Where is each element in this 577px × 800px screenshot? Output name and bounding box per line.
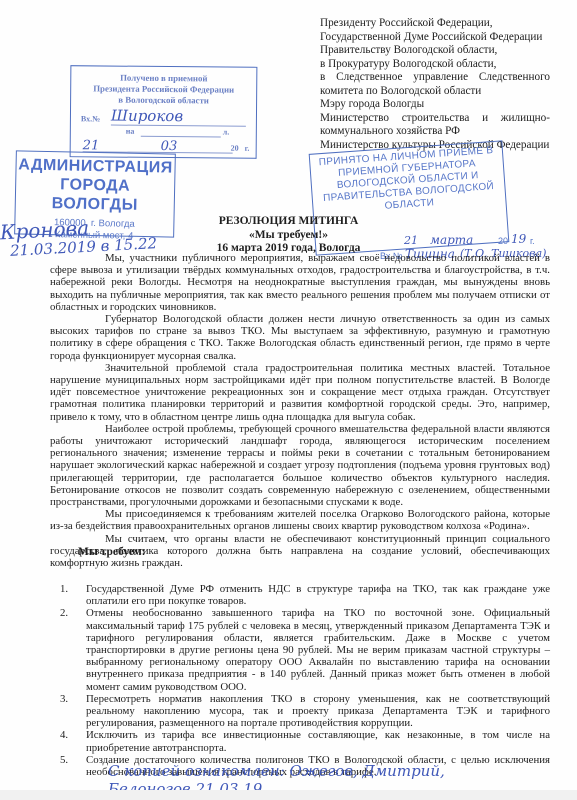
stamp-line: Президента Российской Федерации bbox=[71, 83, 256, 96]
demand-number: 4. bbox=[60, 729, 86, 753]
document-title: РЕЗОЛЮЦИЯ МИТИНГА «Мы требуем!» 16 марта… bbox=[150, 215, 427, 256]
addressee-block: Президенту Российской Федерации, Государ… bbox=[320, 17, 550, 152]
vh-label: Вх.№ bbox=[81, 114, 100, 123]
na-label: на bbox=[126, 127, 135, 136]
handwritten-surname: Широков bbox=[111, 107, 183, 126]
addressee: в Следственное управление Следственного … bbox=[320, 71, 550, 98]
handwritten-year: 19 bbox=[511, 232, 526, 246]
demand-number: 3. bbox=[60, 693, 86, 730]
demand-number: 2. bbox=[60, 607, 86, 692]
page-edge bbox=[0, 790, 577, 800]
stamp-line: ГОРОДА ВОЛОГДЫ bbox=[16, 174, 175, 215]
document-page: Президенту Российской Федерации, Государ… bbox=[0, 0, 577, 800]
handwritten-month: марта bbox=[430, 233, 473, 247]
paragraph: Мы присоединяемся к требованиям жителей … bbox=[50, 508, 550, 532]
title-line: РЕЗОЛЮЦИЯ МИТИНГА bbox=[150, 215, 427, 229]
title-line: «Мы требуем!» bbox=[150, 229, 427, 243]
addressee: Мэру города Вологды bbox=[320, 98, 550, 112]
l-label: л. bbox=[223, 128, 230, 137]
addressee: Министерство строительства и жилищно-ком… bbox=[320, 112, 550, 139]
year-prefix: 20 bbox=[231, 144, 239, 153]
paragraph: Значительной проблемой стала градостроит… bbox=[50, 362, 550, 423]
president-reception-stamp: Получено в приемной Президента Российско… bbox=[70, 65, 258, 159]
underline bbox=[141, 136, 221, 138]
g-label: г. bbox=[245, 144, 250, 153]
demand-number: 5. bbox=[60, 754, 86, 778]
stamp-line: АДМИНИСТРАЦИЯ bbox=[16, 155, 174, 177]
addressee: Президенту Российской Федерации, bbox=[320, 17, 550, 31]
addressee: Государственной Думе Российской Федераци… bbox=[320, 31, 550, 45]
demand-item: 3. Пересмотреть норматив накопления ТКО … bbox=[60, 693, 550, 730]
g-label: г. bbox=[530, 236, 535, 246]
year-prefix: 20 bbox=[498, 236, 508, 246]
demand-item: 1. Государственной Думе РФ отменить НДС … bbox=[60, 583, 550, 607]
demand-text: Пересмотреть норматив накопления ТКО в с… bbox=[86, 693, 550, 730]
demand-text: Отмены необоснованно завышенного тарифа … bbox=[86, 607, 550, 692]
addressee: Правительству Вологодской области, bbox=[320, 44, 550, 58]
demand-item: 2. Отмены необоснованно завышенного тари… bbox=[60, 607, 550, 692]
demand-number: 1. bbox=[60, 583, 86, 607]
resolution-body: Мы, участники публичного мероприятия, вы… bbox=[50, 252, 550, 569]
stamp-line: в Вологодской области bbox=[71, 94, 256, 107]
demand-text: Государственной Думе РФ отменить НДС в с… bbox=[86, 583, 550, 607]
demand-text: Исключить из тарифа все инвестиционные с… bbox=[86, 729, 550, 753]
addressee: в Прокуратуру Вологодской области, bbox=[320, 58, 550, 72]
demands-list: 1. Государственной Думе РФ отменить НДС … bbox=[60, 583, 550, 778]
demands-heading: Мы требуем: bbox=[78, 546, 145, 558]
paragraph: Наиболее острой проблемы, требующей сроч… bbox=[50, 423, 550, 508]
demand-item: 4. Исключить из тарифа все инвестиционны… bbox=[60, 729, 550, 753]
paragraph: Мы, участники публичного мероприятия, вы… bbox=[50, 252, 550, 313]
paragraph: Губернатор Вологодской области должен не… bbox=[50, 313, 550, 362]
